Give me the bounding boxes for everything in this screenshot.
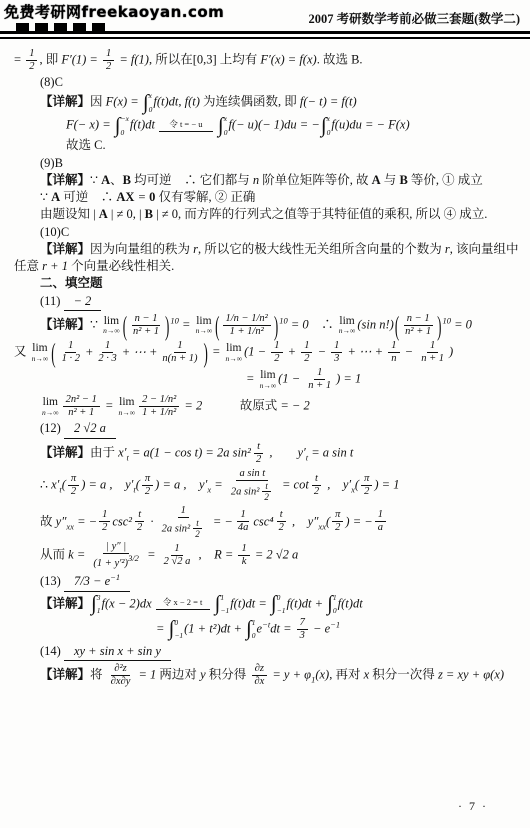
text: (14)	[40, 644, 64, 658]
lower-bound: 0	[149, 106, 153, 114]
math-text: F′(1) =	[61, 52, 101, 66]
numerator: ∂z	[252, 663, 267, 676]
math-text: 2	[71, 486, 76, 497]
page-header-title: 2007 考研数学考前必做三套题(数学二)	[309, 9, 520, 27]
math-text: = y + φ	[269, 667, 311, 681]
math-text: 2	[314, 486, 319, 497]
lim-subscript: n→∞	[42, 409, 59, 417]
math-text: 2	[145, 486, 150, 497]
math-text: − 2	[74, 294, 92, 308]
text: 为连续偶函数, 即	[200, 95, 300, 109]
fraction: 12 √2 a	[161, 543, 194, 568]
integral-bounds: x0	[149, 92, 153, 113]
bold-text: 【详解】	[40, 242, 90, 256]
denominator: (1 + y′²)3/2	[90, 554, 142, 570]
fraction: t2	[192, 518, 203, 540]
lower-bound: −1	[277, 607, 286, 615]
math-text: f(x − 2)dx	[102, 596, 152, 610]
answer-blank: 7/3 − e−1	[64, 572, 130, 591]
math-text: 2	[274, 353, 279, 364]
document-page: 免费考研网freekaoyan.com 2007 考研数学考前必做三套题(数学二…	[0, 0, 530, 828]
denominator: n² + 1	[65, 407, 97, 419]
text-line: (12) 2 √2 a	[6, 421, 528, 438]
numerator: 1	[388, 340, 399, 353]
numerator: t	[254, 441, 263, 454]
numerator: 1	[375, 509, 386, 522]
header-rule-thin	[0, 37, 530, 39]
text: 由题设知 |	[40, 207, 99, 221]
denominator: 2	[68, 486, 79, 498]
text: 等价, ① 成立	[408, 173, 483, 187]
math-text: 2a sin²	[231, 486, 260, 497]
fraction: 2 − 1/n²1 + 1/n²	[139, 394, 179, 419]
math-text: (x)	[315, 667, 329, 681]
integral: ∫1−1	[215, 594, 230, 615]
text: , 该向量组中	[450, 242, 519, 256]
denominator: n² + 1	[130, 326, 162, 338]
math-text: =	[211, 477, 226, 491]
integral: ∫31	[91, 594, 101, 615]
math-text: R =	[214, 548, 236, 562]
math-text: t	[315, 473, 318, 484]
text: , 所以在[0,3] 上均有	[149, 52, 260, 66]
math-text: 2 √2 a	[74, 421, 106, 435]
content-lines: = 12, 即 F′(1) = 12 = f(1), 所以在[0,3] 上均有 …	[6, 46, 528, 690]
upper-bound: x	[224, 115, 228, 123]
math-text: π	[145, 473, 150, 484]
math-text: f(− u)(− 1)du = −	[228, 118, 319, 132]
denominator: 2	[361, 486, 372, 498]
math-text: t	[257, 441, 260, 452]
math-text: =	[102, 399, 117, 413]
math-text: k	[242, 556, 247, 567]
integral-bounds: 0−1	[174, 619, 183, 640]
fraction: 12 · 3	[95, 340, 119, 365]
math-text: (	[136, 477, 140, 491]
integral: ∫x0	[321, 115, 331, 136]
numerator: 1/n − 1/n²	[223, 313, 271, 326]
fraction: 12a sin²t2	[159, 505, 208, 540]
math-text: 2 √2 a	[164, 556, 191, 567]
math-text: z = xy + φ(x)	[438, 667, 504, 681]
math-text: n² + 1	[405, 326, 431, 337]
math-text: (	[355, 477, 359, 491]
paren-group: (n − 1n² + 1)	[394, 313, 443, 338]
lim-label: lim	[260, 370, 275, 382]
math-text: =	[209, 344, 224, 358]
math-text: 2	[195, 529, 200, 539]
text: 任意	[14, 259, 42, 273]
math-text: = 0	[288, 317, 309, 331]
text: (13)	[40, 574, 64, 588]
math-text: a	[378, 522, 383, 533]
bold-text: AX	[116, 190, 134, 204]
math-text: = −	[210, 514, 233, 528]
integral: ∫x0	[218, 115, 228, 136]
upper-bound: 1	[333, 594, 337, 602]
text-line: 【详解】因 F(x) = ∫x0f(t)dt, f(t) 为连续偶函数, 即 f…	[6, 92, 528, 113]
math-text: n + 1	[421, 353, 444, 364]
math-text: = a(1 − cos t) = 2a sin²	[129, 445, 251, 459]
text-line: 【详解】∵ A、B 均可逆 ∴ 它们都与 n 阶单位矩阵等价, 故 A 与 B …	[6, 173, 528, 188]
fraction: ∂²z∂x∂y	[108, 663, 134, 688]
math-text: + ⋯ +	[122, 345, 158, 360]
numerator: π	[332, 509, 343, 522]
numerator: t	[312, 473, 321, 486]
math-text: 2	[304, 353, 309, 364]
fraction: π2	[142, 473, 153, 498]
denominator: 2	[276, 522, 287, 534]
math-text: 1	[334, 340, 339, 351]
math-text: 1	[106, 48, 111, 59]
math-text: t	[196, 518, 199, 528]
math-text: f(t)dt +	[286, 596, 326, 610]
text-line: limn→∞2n² − 1n² + 1 = limn→∞2 − 1/n²1 + …	[6, 394, 528, 419]
fraction: 1/n − 1/n²1 + 1/n²	[223, 313, 271, 338]
fraction: 12	[99, 509, 110, 534]
math-text: n	[391, 353, 396, 364]
integral: ∫10	[246, 619, 256, 640]
integral-bounds: 0−1	[277, 594, 286, 615]
math-text: 1	[430, 340, 435, 351]
math-text: n(n + 1)	[162, 353, 197, 364]
math-text: 2	[364, 486, 369, 497]
text: 阶单位矩阵等价, 故	[259, 173, 372, 187]
fraction: t2	[253, 441, 264, 466]
math-text: −	[402, 344, 417, 358]
math-text: 1	[240, 509, 245, 520]
numerator: t	[277, 509, 286, 522]
bold-text: 二、填空题	[40, 276, 103, 290]
text: | ≠ 0, |	[108, 207, 145, 221]
numerator: 1	[331, 340, 342, 353]
denominator: 3	[297, 630, 308, 642]
fraction: 1n(n + 1)	[159, 340, 200, 365]
math-text: 2n² − 1	[66, 394, 97, 405]
math-text: 1 + 1/n²	[142, 407, 176, 418]
text-line: (11) − 2	[6, 294, 528, 311]
open-paren: (	[122, 312, 128, 339]
bold-text: 【详解】	[40, 596, 90, 610]
upper-bound: 0	[174, 619, 183, 627]
annotation-text: 令 x − 2 = t	[163, 598, 203, 607]
math-text: ∂z	[255, 663, 264, 674]
fraction: 73	[297, 617, 308, 642]
close-paren: )	[203, 339, 209, 366]
math-text: n − 1	[407, 313, 430, 324]
math-text: π	[364, 473, 369, 484]
text: 从而	[40, 548, 68, 562]
math-text: (1 −	[278, 372, 303, 386]
numerator: 1	[26, 48, 37, 61]
superscript: −1	[330, 619, 340, 629]
text-line: (13) 7/3 − e−1	[6, 572, 528, 591]
paren-group: (11 · 2 + 12 · 3 + ⋯ + 1n(n + 1))	[50, 340, 209, 365]
integral-bounds: x0	[224, 115, 228, 136]
denominator: n	[388, 353, 399, 365]
text: 故	[40, 514, 56, 528]
numerator: 1	[103, 48, 114, 61]
text	[113, 477, 126, 491]
text: ∵	[90, 173, 101, 187]
fraction: π2	[361, 473, 372, 498]
denominator: 2	[103, 61, 114, 73]
text: 由于	[90, 445, 118, 459]
math-text: +	[285, 344, 300, 358]
lower-bound: 0	[327, 129, 331, 137]
fraction: a sin t2a sin²t2	[228, 468, 277, 503]
math-text: 2	[137, 522, 142, 533]
fraction: 1n + 1	[418, 340, 447, 365]
math-text: 3	[300, 630, 305, 641]
math-text: csc⁴	[253, 514, 273, 528]
math-text: 2	[279, 522, 284, 533]
numerator: π	[68, 473, 79, 486]
math-text: + ⋯ +	[344, 344, 386, 358]
bold-text: A	[51, 190, 60, 204]
text-line: 【详解】∫31f(x − 2)dx令 x − 2 = t∫1−1f(t)dt =…	[6, 594, 528, 615]
fraction: 12	[26, 48, 37, 73]
math-text: f(t)dt =	[230, 596, 270, 610]
numerator: 2n² − 1	[63, 394, 100, 407]
math-text: 1/n − 1/n²	[226, 313, 268, 324]
text: 积分得	[206, 667, 250, 681]
fraction: 13	[331, 340, 342, 365]
text	[295, 514, 308, 528]
fraction: 11 · 2	[59, 340, 83, 365]
numerator: π	[142, 473, 153, 486]
text: (11)	[40, 294, 64, 308]
text-line: 二、填空题	[6, 276, 528, 291]
math-text: =	[144, 548, 159, 562]
math-text: = a sin t	[308, 445, 353, 459]
math-text: y′	[297, 445, 305, 459]
text: 故选 C.	[66, 138, 106, 152]
numerator: 1	[314, 367, 325, 380]
text: 因为向量组的秩为	[90, 242, 193, 256]
limit: limn→∞	[196, 316, 213, 335]
denominator: 2	[301, 353, 312, 365]
denominator: ∂x	[251, 676, 267, 688]
text: . 故选 B.	[317, 52, 363, 66]
fraction: | y″ |(1 + y′²)3/2	[90, 541, 142, 570]
math-text: )	[449, 344, 453, 358]
superscript: 3/2	[128, 553, 139, 563]
text: ∵	[90, 317, 101, 331]
text: 均可逆 ∴ 它们都与	[131, 173, 253, 187]
text-line: 从而 k = | y″ |(1 + y′²)3/2 = 12 √2 a , R …	[6, 541, 528, 570]
integral-bounds: 10	[252, 619, 256, 640]
upper-bound: x	[149, 92, 153, 100]
text: 又	[14, 344, 30, 358]
subscript: xx	[318, 521, 326, 531]
denominator: 2	[271, 353, 282, 365]
lim-subscript: n→∞	[339, 327, 356, 335]
math-text: n² + 1	[68, 407, 94, 418]
math-text: 1	[174, 543, 179, 554]
page-number: · 7 ·	[458, 799, 488, 814]
math-text: 1	[177, 340, 182, 351]
denominator: 2a sin²t2	[228, 481, 277, 503]
math-text: t	[280, 509, 283, 520]
lim-subscript: n→∞	[196, 327, 213, 335]
integral: ∫0−1	[169, 619, 184, 640]
upper-bound: 3	[97, 594, 101, 602]
answer-blank: 2 √2 a	[64, 421, 116, 438]
limit: limn→∞	[32, 343, 49, 362]
text	[187, 477, 200, 491]
math-text: =	[156, 621, 168, 635]
text	[330, 477, 343, 491]
math-text: ∂x∂y	[111, 676, 131, 687]
math-text: dt =	[270, 621, 294, 635]
text: 故原式	[202, 399, 280, 413]
denominator: 2 · 3	[95, 353, 119, 365]
close-paren: )	[436, 312, 442, 339]
text: (10)C	[40, 225, 69, 239]
math-text: 2 · 3	[98, 353, 116, 364]
limit: limn→∞	[260, 370, 277, 389]
lower-bound: 0	[224, 129, 228, 137]
math-text: ·	[147, 514, 156, 528]
math-text: 1	[378, 509, 383, 520]
math-text: csc²	[112, 514, 132, 528]
bold-text: B	[145, 207, 153, 221]
text-line: 又 limn→∞(11 · 2 + 12 · 3 + ⋯ + 1n(n + 1)…	[6, 340, 528, 365]
text: (8)C	[40, 75, 63, 89]
numerator: n − 1	[132, 313, 161, 326]
substitution-annotation: 令 t = − u	[159, 120, 213, 131]
annotation-line	[156, 609, 210, 610]
math-text: 2	[335, 522, 340, 533]
text-line: (8)C	[6, 75, 528, 90]
denominator: 1 · 2	[59, 353, 83, 365]
numerator: a sin t	[236, 468, 268, 481]
fraction: π2	[68, 473, 79, 498]
watermark: 免费考研网freekaoyan.com	[4, 1, 224, 22]
math-text: 1	[391, 340, 396, 351]
denominator: 2 √2 a	[161, 556, 194, 568]
upper-bound: 1	[220, 594, 229, 602]
integral-bounds: 10	[333, 594, 337, 615]
math-text: (	[326, 514, 330, 528]
upper-bound: 0	[277, 594, 286, 602]
math-text: n + 1	[308, 380, 331, 391]
denominator: 2	[99, 522, 110, 534]
numerator: t	[193, 518, 202, 529]
math-text: a sin t	[239, 468, 265, 479]
denominator: 2	[311, 486, 322, 498]
math-text: xy + sin x + sin y	[74, 644, 161, 658]
paren-content: 11 · 2 + 12 · 3 + ⋯ + 1n(n + 1)	[57, 340, 203, 365]
paren-group: (1/n − 1/n²1 + 1/n²)	[214, 313, 279, 338]
text-line: ∴ x′t(π2) = a , y′t(π2) = a , y′x = a si…	[6, 468, 528, 503]
math-text: (1 + y′²)	[93, 558, 128, 569]
math-text: (1 −	[244, 344, 269, 358]
denominator: n² + 1	[402, 326, 434, 338]
superscript: 10	[279, 315, 288, 325]
lim-label: lim	[32, 343, 47, 355]
lower-bound: 0	[121, 129, 129, 137]
text: , 再对	[329, 667, 363, 681]
integral: ∫−x0	[115, 115, 129, 136]
numerator: 1	[271, 340, 282, 353]
lim-subscript: n→∞	[119, 409, 136, 417]
numerator: 1	[171, 543, 182, 556]
math-text: 2	[264, 492, 269, 502]
denominator: 2	[134, 522, 145, 534]
text: 与	[381, 173, 400, 187]
numerator: 1	[174, 340, 185, 353]
text: , 所以它的极大线性无关组所含向量的个数为	[198, 242, 445, 256]
integral-bounds: 1−1	[220, 594, 229, 615]
denominator: a	[375, 522, 386, 534]
bold-text: B	[123, 173, 131, 187]
math-text: π	[335, 509, 340, 520]
denominator: ∂x∂y	[108, 676, 134, 688]
math-text: ) = a ,	[81, 477, 112, 491]
open-paren: (	[50, 339, 56, 366]
math-text: = 2	[181, 399, 202, 413]
math-text: 2	[102, 522, 107, 533]
numerator: 1	[237, 509, 248, 522]
fraction: 2n² − 1n² + 1	[63, 394, 100, 419]
math-text: r + 1	[42, 259, 68, 273]
text: , 即	[39, 52, 61, 66]
paren-content: n − 1n² + 1	[128, 313, 164, 338]
numerator: 1	[102, 340, 113, 353]
text-line: 故选 C.	[6, 138, 528, 153]
math-text: k =	[68, 548, 88, 562]
superscript: 10	[170, 315, 179, 325]
math-text: 1	[274, 340, 279, 351]
paren-content: n − 1n² + 1	[400, 313, 436, 338]
text: 、	[110, 173, 123, 187]
math-text: =	[134, 190, 149, 204]
math-text: 1	[68, 340, 73, 351]
limit: limn→∞	[42, 397, 59, 416]
close-paren: )	[164, 312, 170, 339]
limit: limn→∞	[103, 316, 120, 335]
text: ∴	[40, 477, 51, 491]
bold-text: 【详解】	[40, 445, 90, 459]
math-text: π	[71, 473, 76, 484]
numerator: 1	[301, 340, 312, 353]
math-text: (sin n!)	[357, 317, 393, 331]
fraction: ∂z∂x	[251, 663, 267, 688]
upper-bound: 1	[252, 619, 256, 627]
fraction: 14a	[235, 509, 252, 534]
denominator: k	[239, 556, 250, 568]
fraction: t2	[134, 509, 145, 534]
math-text: F′(x) = f(x)	[260, 52, 316, 66]
math-text: = 1	[135, 667, 156, 681]
fraction: n − 1n² + 1	[402, 313, 434, 338]
numerator: 7	[297, 617, 308, 630]
superscript: 10	[443, 315, 452, 325]
math-text: 3	[334, 353, 339, 364]
text-line: 由题设知 | A | ≠ 0, | B | ≠ 0, 而方阵的行列式之值等于其特…	[6, 207, 528, 222]
logo-fragment	[16, 23, 108, 31]
limit: limn→∞	[339, 316, 356, 335]
substitution-annotation: 令 x − 2 = t	[156, 598, 210, 609]
math-text: 7/3 − e	[74, 574, 110, 588]
upper-bound: −x	[121, 115, 129, 123]
math-text: 1	[317, 367, 322, 378]
denominator: 2	[253, 454, 264, 466]
math-text: (1 + t²)dt +	[184, 621, 245, 635]
math-text: 1	[105, 340, 110, 351]
